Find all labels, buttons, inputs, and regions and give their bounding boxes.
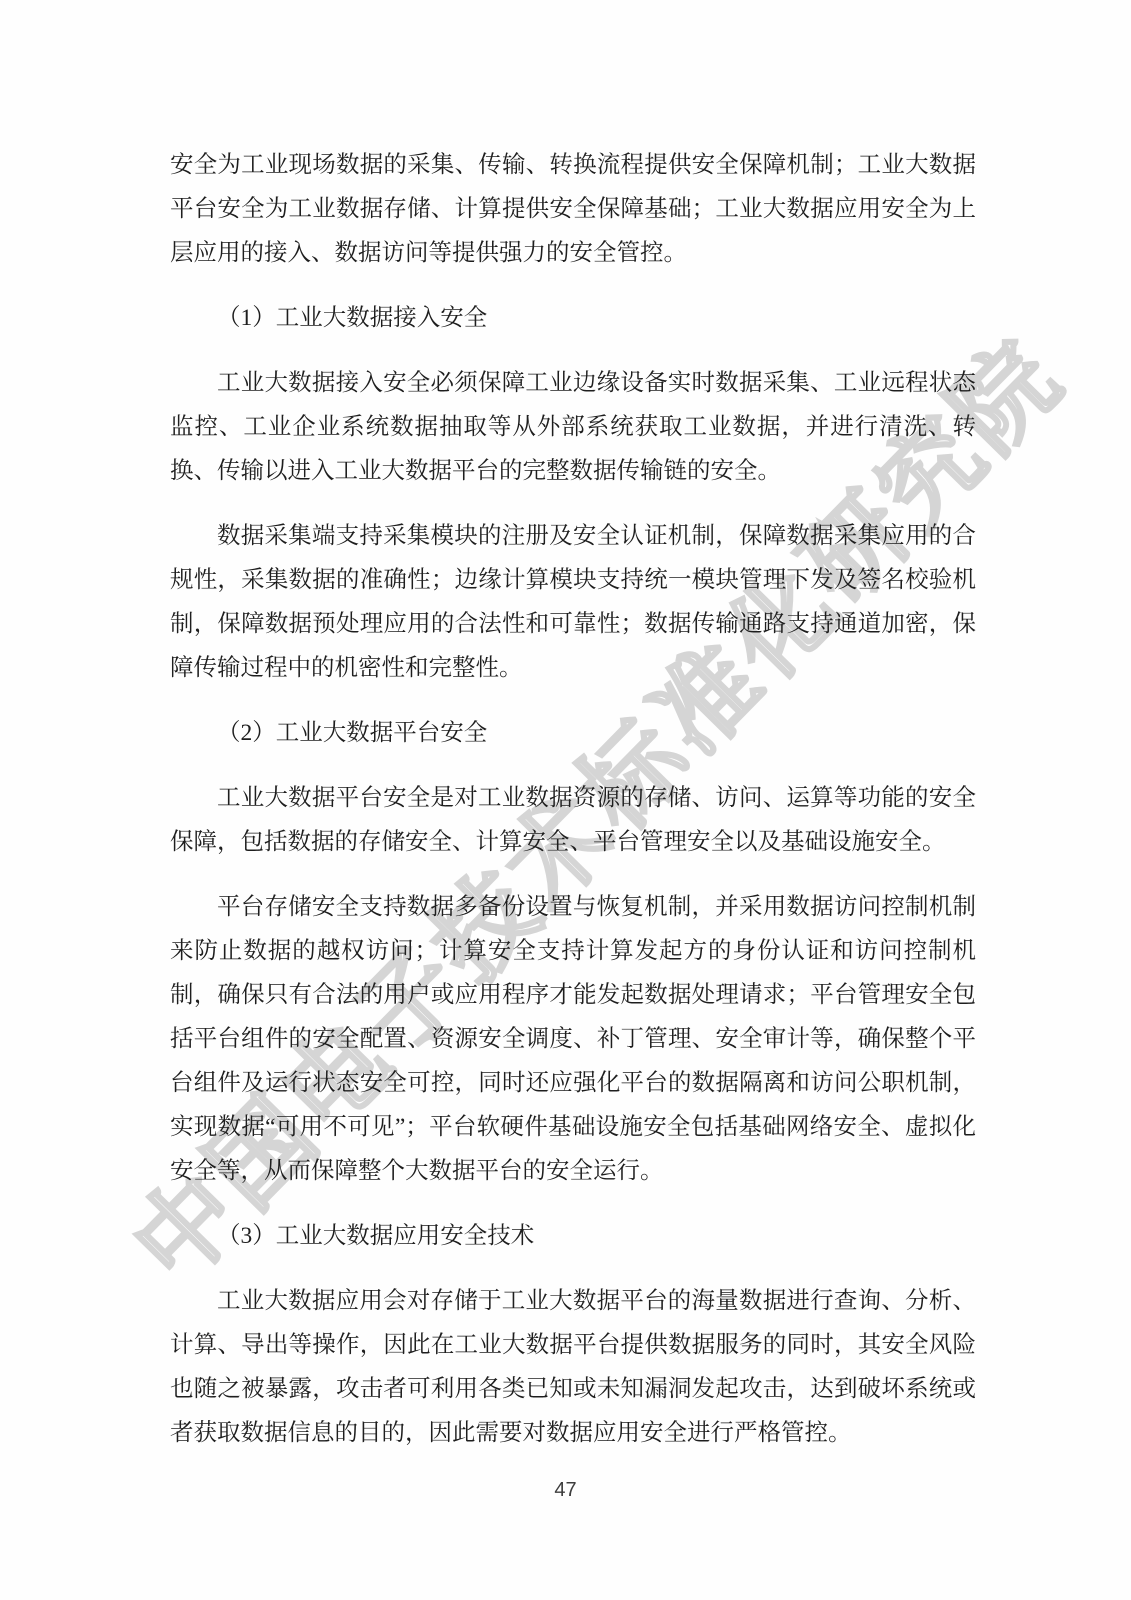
- paragraph: 平台存储安全支持数据多备份设置与恢复机制，并采用数据访问控制机制来防止数据的越权…: [170, 885, 976, 1193]
- paragraph: 工业大数据平台安全是对工业数据资源的存储、访问、运算等功能的安全保障，包括数据的…: [170, 776, 976, 864]
- paragraph: 数据采集端支持采集模块的注册及安全认证机制，保障数据采集应用的合规性，采集数据的…: [170, 514, 976, 690]
- paragraph: 工业大数据应用会对存储于工业大数据平台的海量数据进行查询、分析、计算、导出等操作…: [170, 1279, 976, 1455]
- section-heading-1: （1）工业大数据接入安全: [170, 296, 976, 340]
- page-body: 安全为工业现场数据的采集、传输、转换流程提供安全保障机制；工业大数据平台安全为工…: [170, 143, 976, 1476]
- document-page: 中国电子技术标准化研究院 安全为工业现场数据的采集、传输、转换流程提供安全保障机…: [0, 0, 1131, 1600]
- section-heading-2: （2）工业大数据平台安全: [170, 711, 976, 755]
- page-number: 47: [0, 1479, 1131, 1502]
- section-heading-3: （3）工业大数据应用安全技术: [170, 1214, 976, 1258]
- paragraph-continuation: 安全为工业现场数据的采集、传输、转换流程提供安全保障机制；工业大数据平台安全为工…: [170, 143, 976, 275]
- paragraph: 工业大数据接入安全必须保障工业边缘设备实时数据采集、工业远程状态监控、工业企业系…: [170, 361, 976, 493]
